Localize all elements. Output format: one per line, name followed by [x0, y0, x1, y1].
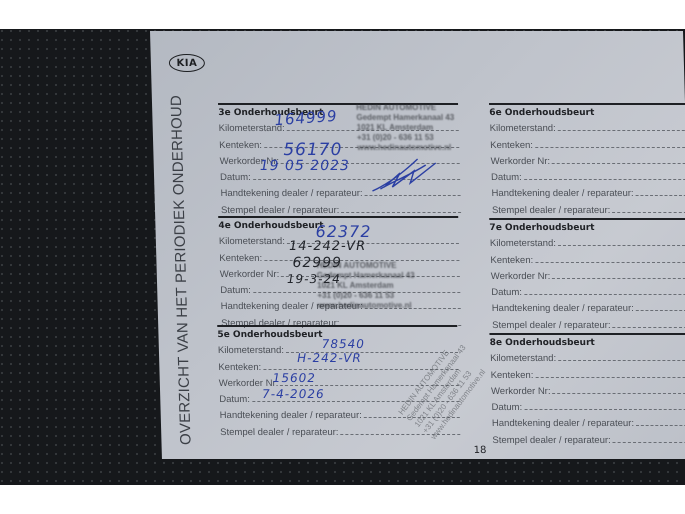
- handtekening-field: Handtekening dealer / reparateur:: [492, 413, 685, 429]
- handwritten-kenteken: H-242-VR: [297, 351, 362, 365]
- handwritten-kilometerstand: 78540: [322, 337, 366, 351]
- document-photo: KIA OVERZICHT VAN HET PERIODIEK ONDERHOU…: [0, 29, 685, 485]
- kilometerstand-field: Kilometerstand:: [490, 233, 685, 249]
- kenteken-field: Kenteken:: [490, 249, 685, 265]
- werkorder-field: Werkorder Nr:: [491, 266, 685, 282]
- handwritten-datum: 19-3-24: [287, 272, 341, 286]
- datum-field: Datum:: [491, 397, 685, 413]
- stempel-field: Stempel dealer / reparateur:: [221, 199, 461, 215]
- section-divider: [489, 103, 685, 105]
- vertical-page-title: OVERZICHT VAN HET PERIODIEK ONDERHOUD: [168, 95, 195, 445]
- section-divider: [217, 325, 457, 327]
- handwritten-datum: 19 05 2023: [260, 158, 351, 174]
- section-divider: [489, 218, 685, 220]
- handwritten-werkorder: 15602: [272, 371, 316, 385]
- page-number: 18: [474, 445, 487, 456]
- section-divider: [489, 333, 685, 335]
- entry-title: 7e Onderhoudsbeurt: [489, 223, 685, 233]
- dealer-stamp-entry-3: HEDIN AUTOMOTIVE Gedempt Hamerkanaal 43 …: [356, 103, 455, 153]
- service-entry-6: 6e Onderhoudsbeurt Kilometerstand: Kente…: [489, 103, 685, 216]
- section-divider: [218, 216, 458, 218]
- kenteken-field: Kenteken:: [490, 364, 685, 380]
- handwritten-kenteken: 14-242-VR: [289, 239, 367, 254]
- stempel-field: Stempel dealer / reparateur:: [492, 314, 685, 330]
- stempel-field: Stempel dealer / reparateur:: [492, 429, 685, 445]
- kilometerstand-field: Kilometerstand:: [489, 118, 685, 134]
- werkorder-field: Werkorder Nr:: [491, 381, 685, 397]
- datum-field: Datum:: [491, 282, 685, 298]
- handwritten-werkorder: 62999: [292, 255, 342, 271]
- kia-logo: KIA: [169, 54, 206, 72]
- werkorder-field: Werkorder Nr:: [490, 151, 685, 167]
- handtekening-field: Handtekening dealer / reparateur:: [491, 183, 685, 199]
- maintenance-booklet-page: KIA OVERZICHT VAN HET PERIODIEK ONDERHOU…: [150, 31, 685, 459]
- entry-title: 8e Onderhoudsbeurt: [490, 338, 685, 348]
- service-entry-8: 8e Onderhoudsbeurt Kilometerstand: Kente…: [489, 333, 685, 446]
- entry-title: 6e Onderhoudsbeurt: [489, 108, 685, 118]
- handwritten-datum: 7-4-2026: [262, 387, 325, 401]
- service-entry-7: 7e Onderhoudsbeurt Kilometerstand: Kente…: [489, 218, 685, 331]
- kilometerstand-field: Kilometerstand:: [490, 348, 685, 364]
- handtekening-field: Handtekening dealer / reparateur:: [491, 298, 685, 314]
- dealer-signature: [369, 153, 440, 193]
- stempel-field: Stempel dealer / reparateur:: [492, 199, 685, 215]
- handwritten-werkorder: 56170: [283, 140, 343, 160]
- kenteken-field: Kenteken:: [490, 134, 685, 150]
- datum-field: Datum:: [491, 167, 685, 183]
